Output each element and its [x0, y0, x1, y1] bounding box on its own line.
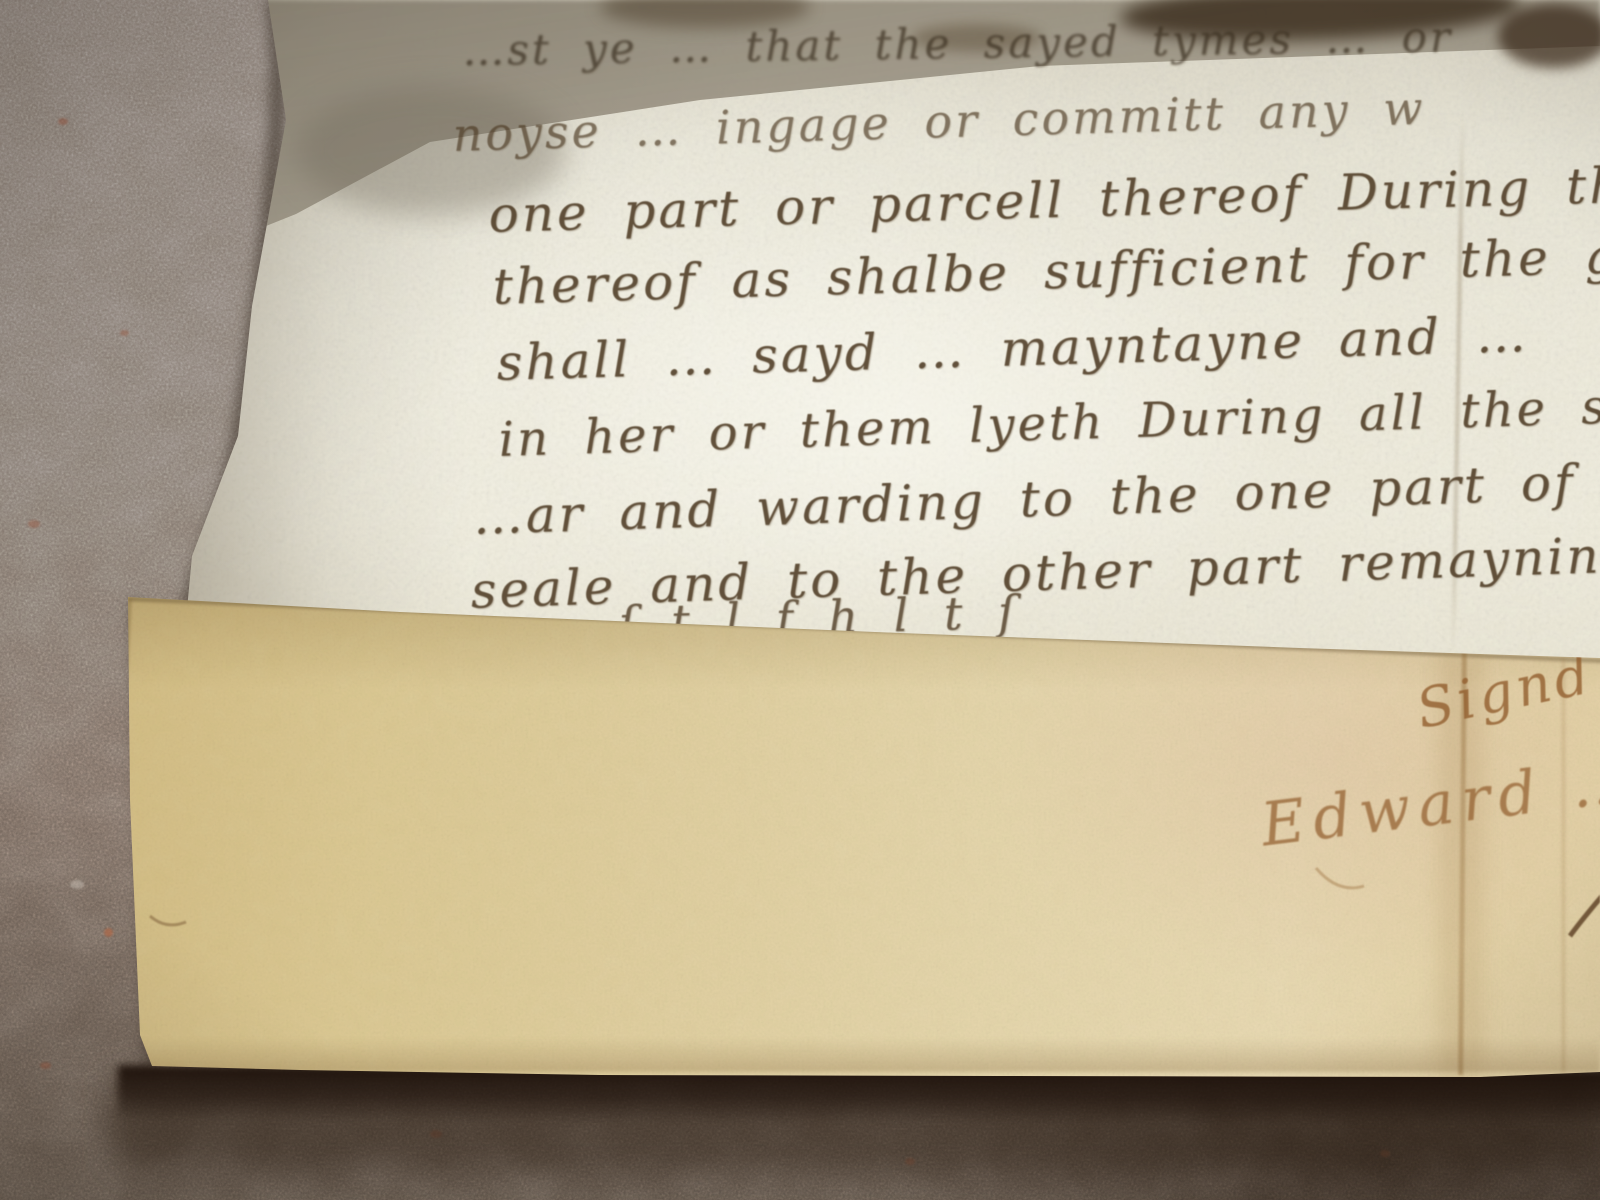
flap-vertical-crease [1458, 650, 1467, 1075]
carpet-background [0, 0, 1600, 1200]
manuscript-line: …ar and warding to the one part of [472, 457, 1576, 542]
manuscript-line: noyse … ingage or committ any w [452, 85, 1426, 158]
carpet-mottle-texture [0, 0, 1600, 1200]
vertical-crease [1451, 110, 1464, 650]
parchment-highlight [520, 220, 1280, 620]
top-fold-band [0, 0, 1600, 1200]
flap-shadow-edge [118, 1065, 1600, 1126]
carpet-fleck [40, 1062, 51, 1069]
manuscript-line: thereof as shalbe sufficient for the ga [492, 230, 1600, 312]
fold-shading [296, 86, 566, 216]
carpet-lint-speck [70, 880, 84, 889]
carpet-fleck [905, 1158, 915, 1165]
carpet-fleck [58, 118, 68, 125]
ink-stain [1498, 4, 1600, 68]
manuscript-line: one part or parcell thereof During the [488, 159, 1600, 240]
endorsement-signature: Edward … [1258, 750, 1600, 856]
photo-vignette [0, 0, 1600, 1200]
carpet-lint-speck [210, 760, 226, 770]
carpet-fleck [1380, 1150, 1390, 1157]
parchment-edge-shadow [0, 0, 1600, 1200]
vellum-fine-texture [0, 0, 1600, 1200]
endorsement-signed-label: Signd [1412, 647, 1598, 737]
vellum-grain-texture [0, 0, 1600, 1200]
carpet-fleck [430, 1130, 442, 1138]
carpet-fleck [104, 928, 113, 937]
flap-right-crease [1562, 658, 1565, 1072]
carpet-fleck [120, 330, 129, 336]
flap-left-edge [105, 598, 132, 1070]
flap-top-edge-seam [128, 597, 1600, 663]
photo-of-vellum-deed: …st ye … that the sayed tymes … or noyse… [0, 0, 1600, 1200]
manuscript-line: in her or them lyeth During all the sa [498, 382, 1600, 464]
ink-stain [1119, 0, 1521, 47]
flap-crease-shading [1438, 650, 1484, 1075]
manuscript-line: …st ye … that the sayed tymes … or [462, 16, 1453, 72]
parchment-document: …st ye … that the sayed tymes … or noyse… [0, 0, 1600, 1200]
ink-stain [912, 24, 1042, 52]
manuscript-line: seale and to the other part remayning [470, 529, 1600, 616]
ink-stain [600, 0, 810, 28]
manuscript-line-partially-hidden: ſ t l f h l t ſ [618, 589, 1019, 646]
parchment-blotch-texture [0, 0, 1600, 1200]
manuscript-line: shall … sayd … mayntayne and … [496, 309, 1529, 388]
ink-marks [0, 0, 1600, 1200]
flap-bottom-shading [130, 1038, 1600, 1072]
parchment-grain-texture [0, 0, 1600, 1200]
folded-vellum-flap: Signd Edward … [0, 0, 1600, 1200]
carpet-fiber-texture [0, 0, 1600, 1200]
flap-shadow [110, 1072, 1600, 1172]
carpet-fleck [28, 520, 40, 528]
